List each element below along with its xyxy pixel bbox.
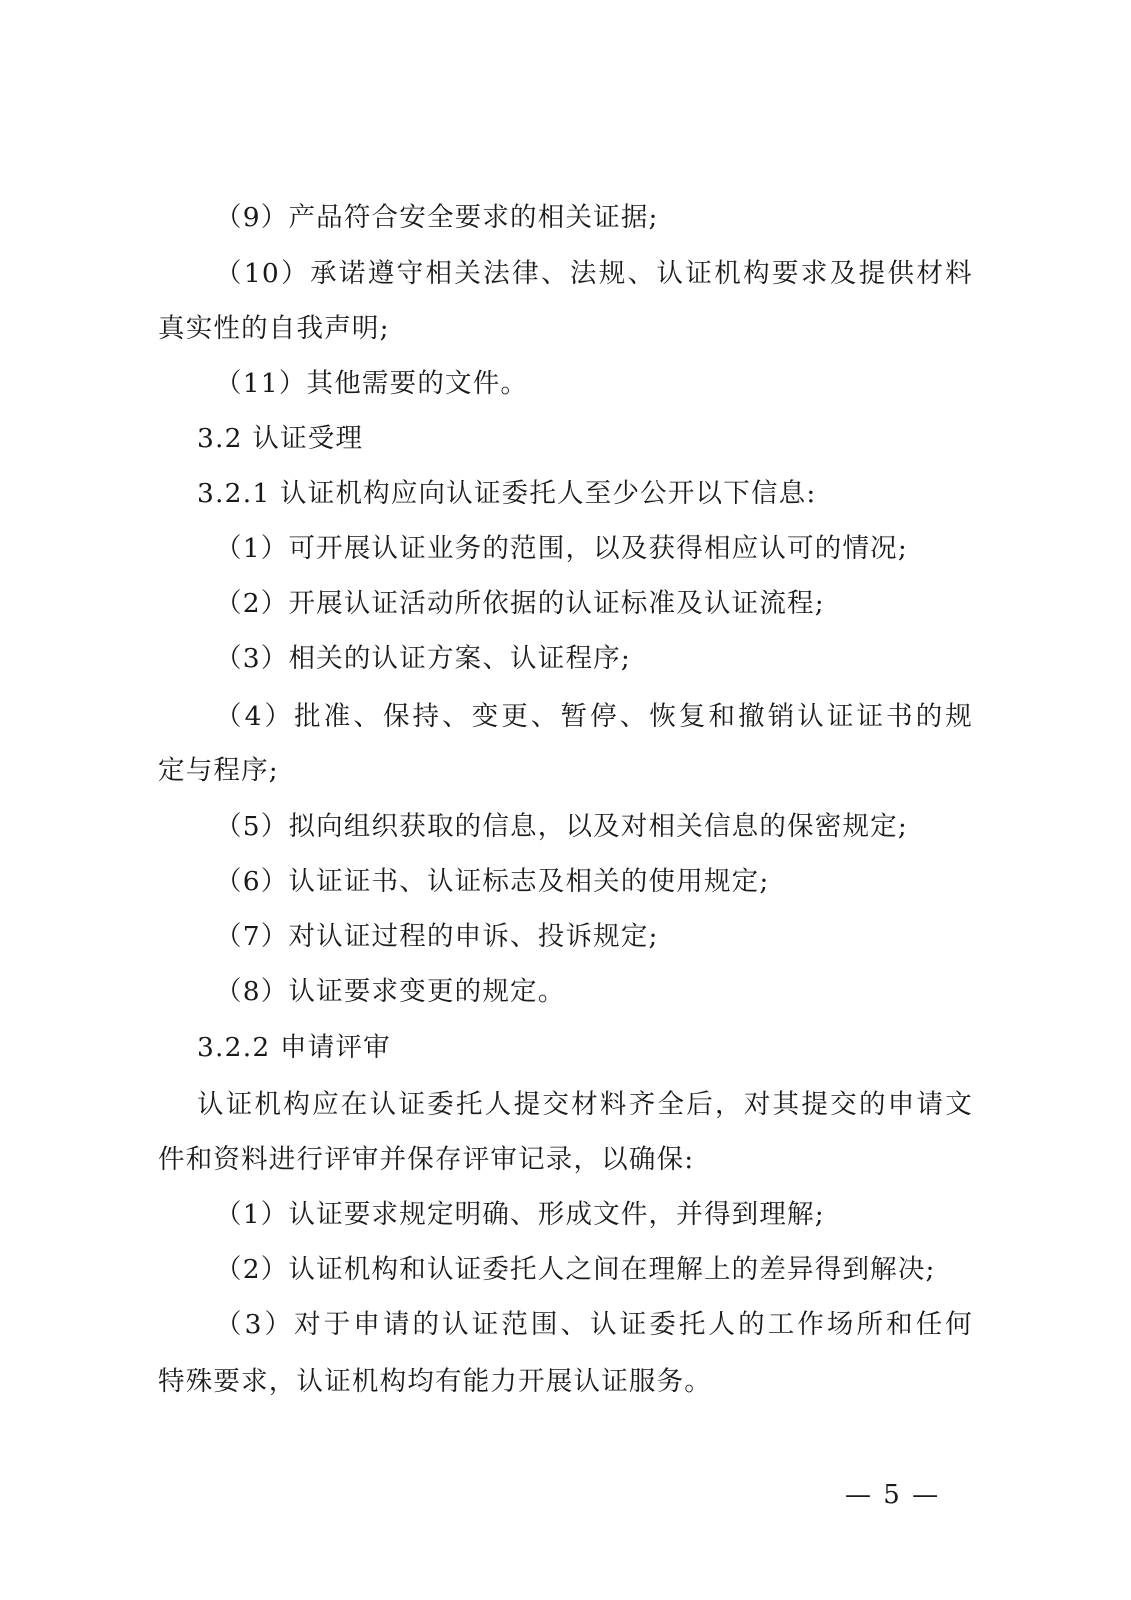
info-item-7: （7）对认证过程的申诉、投诉规定; [215, 920, 1030, 954]
info-item-4: （4）批准、保持、变更、暂停、恢复和撤销认证证书的规 [215, 700, 973, 734]
info-item-3: （3）相关的认证方案、认证程序; [215, 642, 1030, 676]
list-item-11: （11）其他需要的文件。 [215, 367, 1030, 401]
document-page: （9）产品符合安全要求的相关证据; （10）承诺遵守相关法律、法规、认证机构要求… [0, 0, 1131, 1600]
page-number: — 5 — [845, 1478, 940, 1512]
list-item-10: （10）承诺遵守相关法律、法规、认证机构要求及提供材料 [215, 257, 973, 291]
section-heading-3-2: 3.2 认证受理 [197, 422, 1012, 456]
section-heading-3-2-2: 3.2.2 申请评审 [197, 1031, 1012, 1065]
list-item-10-continued: 真实性的自我声明; [158, 312, 973, 346]
review-paragraph-continued: 件和资料进行评审并保存评审记录，以确保: [158, 1143, 973, 1177]
section-heading-3-2-1: 3.2.1 认证机构应向认证委托人至少公开以下信息: [197, 477, 1012, 511]
info-item-1: （1）可开展认证业务的范围，以及获得相应认可的情况; [215, 532, 1030, 566]
info-item-6: （6）认证证书、认证标志及相关的使用规定; [215, 865, 1030, 899]
review-paragraph: 认证机构应在认证委托人提交材料齐全后，对其提交的申请文 [197, 1088, 973, 1122]
list-item-9: （9）产品符合安全要求的相关证据; [215, 201, 1030, 235]
review-item-2: （2）认证机构和认证委托人之间在理解上的差异得到解决; [215, 1253, 1030, 1287]
info-item-8: （8）认证要求变更的规定。 [215, 975, 1030, 1009]
info-item-5: （5）拟向组织获取的信息，以及对相关信息的保密规定; [215, 810, 1030, 844]
review-item-3: （3）对于申请的认证范围、认证委托人的工作场所和任何 [215, 1308, 973, 1342]
review-item-3-continued: 特殊要求，认证机构均有能力开展认证服务。 [158, 1365, 973, 1399]
review-item-1: （1）认证要求规定明确、形成文件，并得到理解; [215, 1198, 1030, 1232]
info-item-2: （2）开展认证活动所依据的认证标准及认证流程; [215, 587, 1030, 621]
info-item-4-continued: 定与程序; [158, 754, 973, 788]
